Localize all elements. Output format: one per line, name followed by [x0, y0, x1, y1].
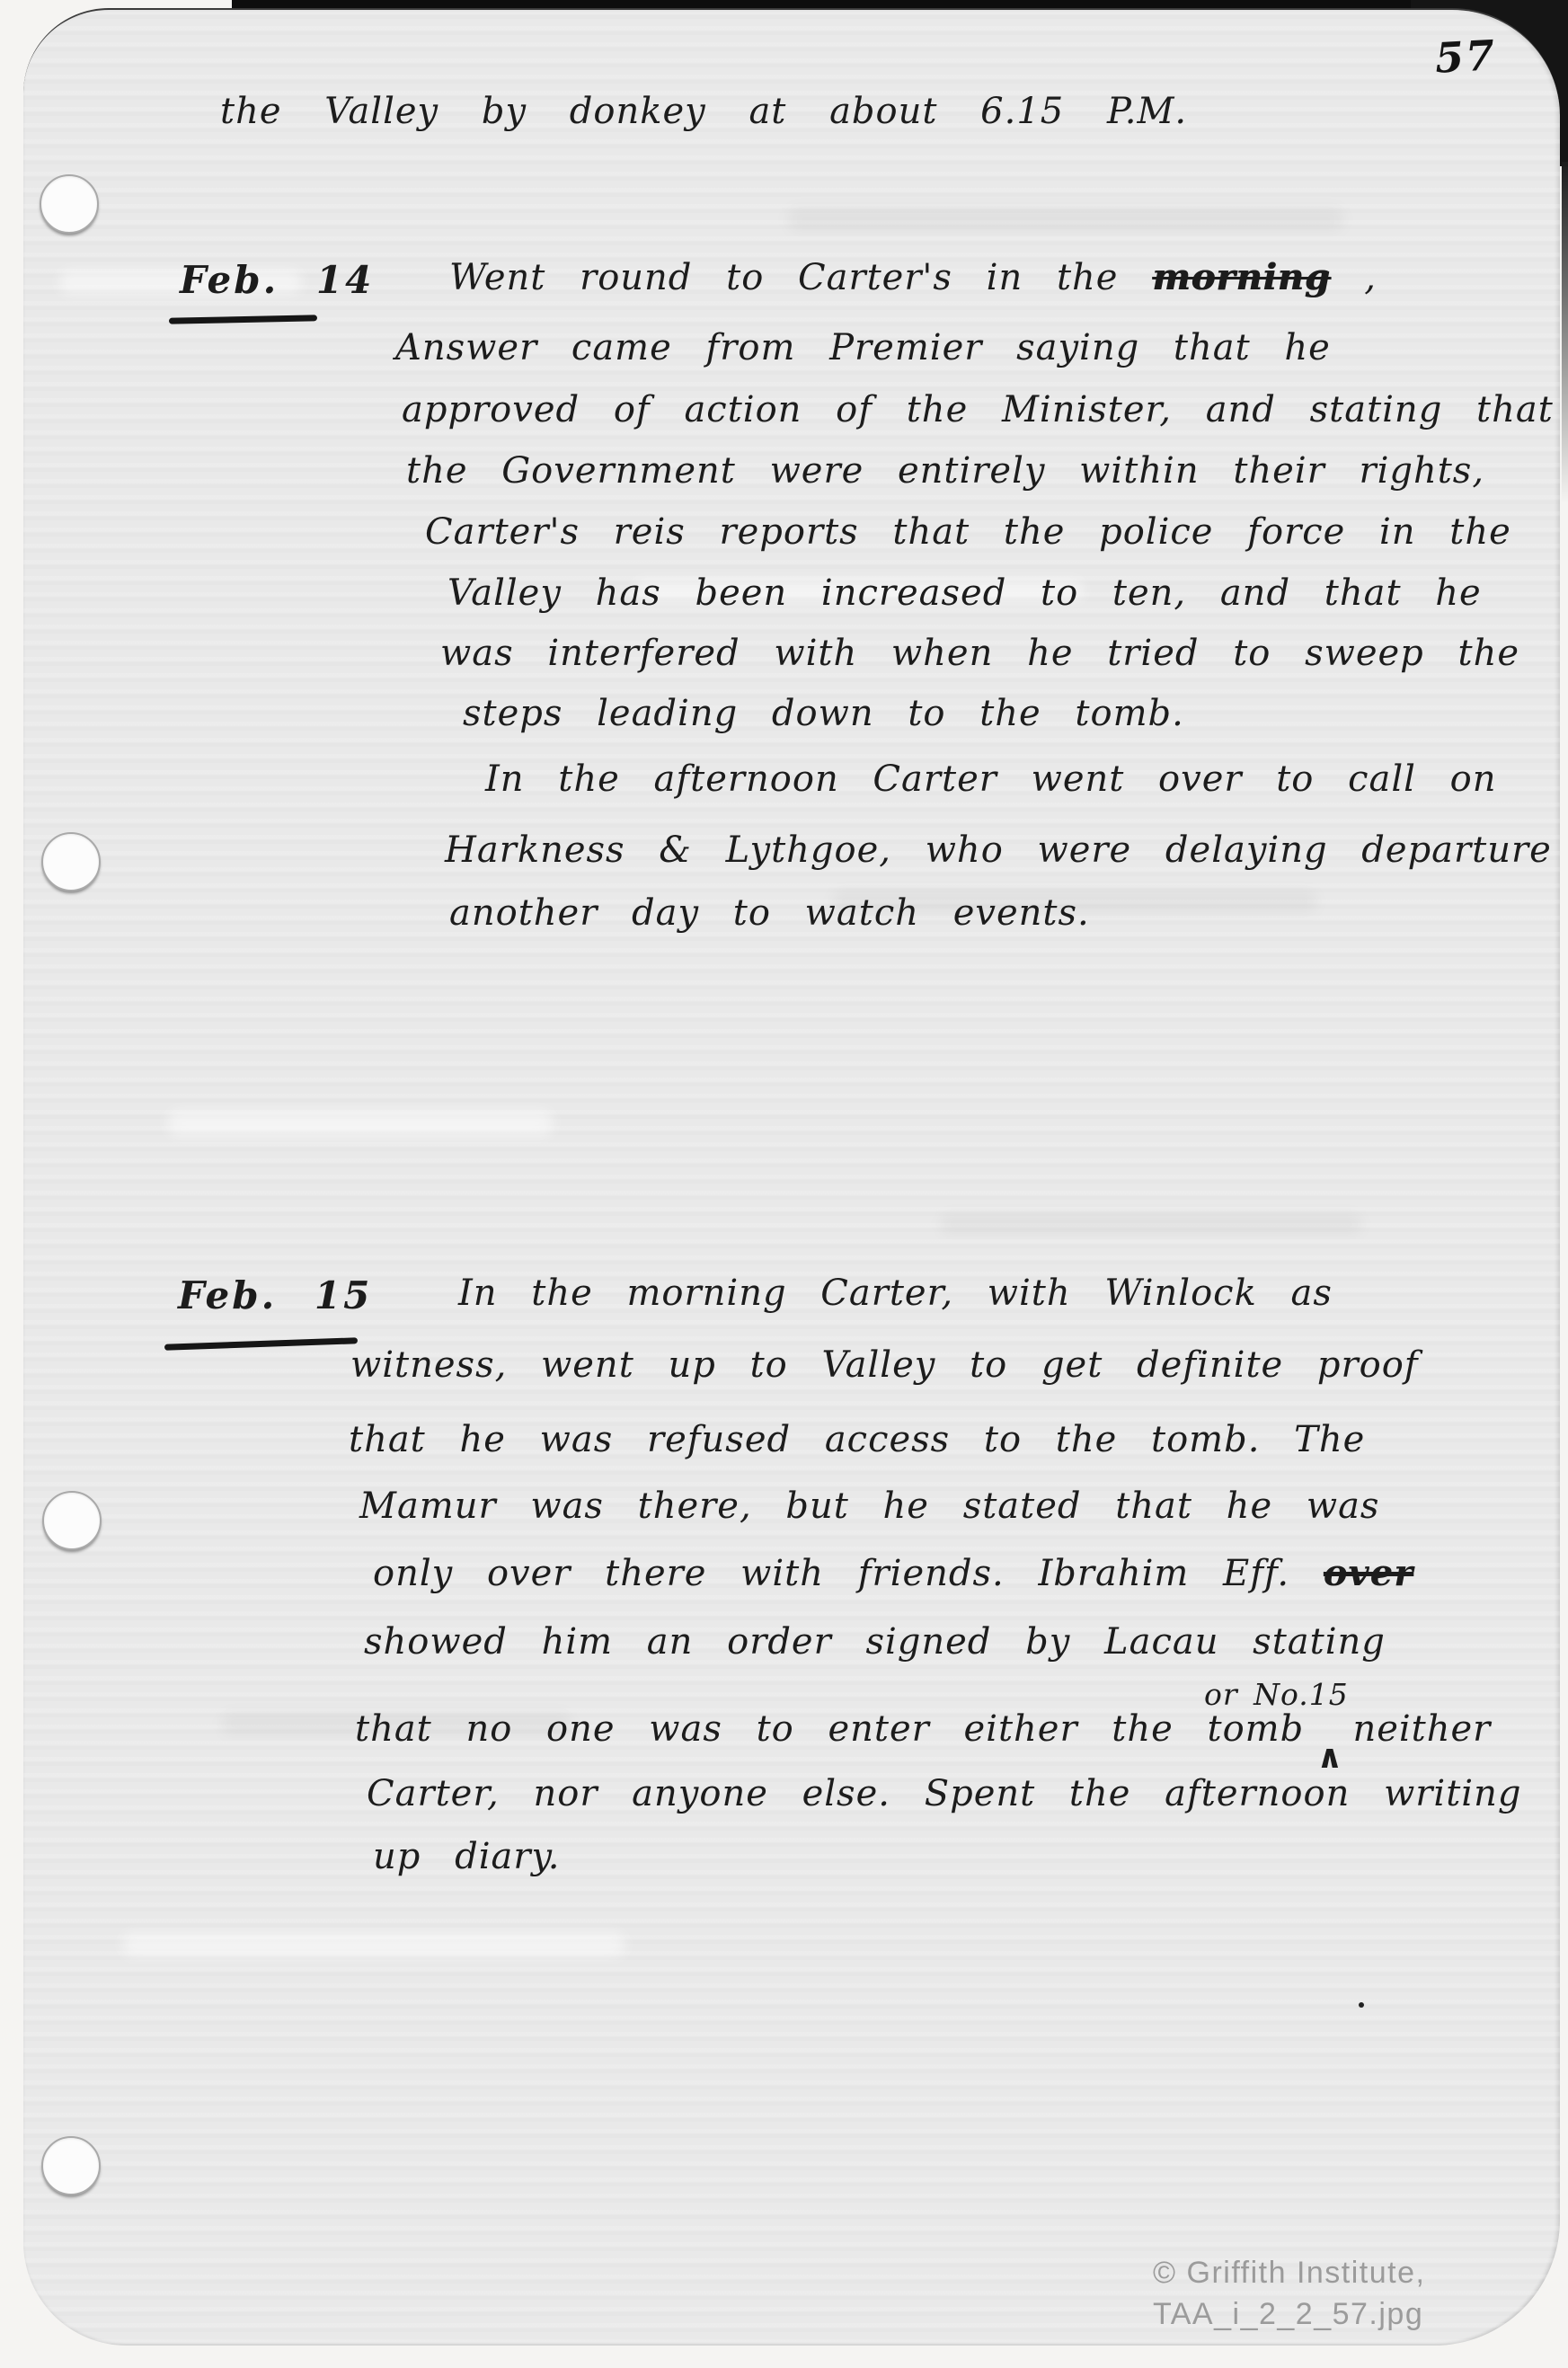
diary-line: witness, went up to Valley to get defini…: [350, 1344, 1419, 1387]
diary-line: Mamur was there, but he stated that he w…: [359, 1485, 1379, 1528]
page-number: 57: [1434, 31, 1498, 82]
scan-streak: [940, 1214, 1362, 1234]
line-text: that no one was to enter either the tomb: [355, 1708, 1304, 1750]
diary-line: showed him an order signed by Lacau stat…: [364, 1620, 1386, 1663]
line-text: neither: [1352, 1708, 1491, 1750]
header-continuation-line: the Valley by donkey at about 6.15 P.M.: [220, 90, 1187, 133]
punch-hole-1: [40, 174, 99, 234]
diary-line: that he was refused access to the tomb. …: [349, 1418, 1365, 1461]
scan-streak: [787, 208, 1344, 231]
entry-date: Feb. 15: [178, 1274, 372, 1317]
diary-line: only over there with friends. Ibrahim Ef…: [373, 1552, 1413, 1595]
diary-line: up diary.: [373, 1835, 560, 1878]
watermark-line-1: © Griffith Institute,: [1153, 2252, 1425, 2293]
ink-speck: [1359, 2002, 1364, 2008]
diary-line: another day to watch events.: [449, 891, 1090, 935]
watermark: © Griffith Institute, TAA_i_2_2_57.jpg: [1153, 2252, 1425, 2335]
diary-line: Harkness & Lythgoe, who were delaying de…: [445, 829, 1552, 872]
line-text: Went round to Carter's in the: [449, 257, 1152, 298]
watermark-line-2: TAA_i_2_2_57.jpg: [1153, 2293, 1425, 2335]
diary-line: In the morning Carter, with Winlock as: [458, 1272, 1333, 1315]
diary-line: was interfered with when he tried to swe…: [440, 632, 1519, 675]
diary-line: steps leading down to the tomb.: [463, 692, 1184, 735]
scan-streak: [167, 1111, 554, 1136]
punch-hole-4: [41, 2136, 101, 2195]
diary-line: Valley has been increased to ten, and th…: [447, 572, 1482, 615]
line-text: only over there with friends. Ibrahim Ef…: [373, 1553, 1324, 1594]
scanned-diary-page: 57 the Valley by donkey at about 6.15 P.…: [0, 0, 1568, 2368]
line-text: ,: [1331, 257, 1377, 298]
diary-line: Answer came from Premier saying that he: [395, 326, 1331, 369]
struck-word: over: [1324, 1552, 1413, 1594]
entry-date: Feb. 14: [180, 259, 374, 302]
punch-hole-3: [42, 1491, 102, 1550]
struck-word: morning: [1152, 256, 1330, 298]
diary-line: that no one was to enter either the tomb…: [355, 1707, 1491, 1752]
diary-line: In the afternoon Carter went over to cal…: [485, 758, 1497, 801]
diary-line: Carter's reis reports that the police fo…: [425, 510, 1511, 554]
scanner-backdrop-right-edge: [1562, 162, 1568, 503]
diary-line: Went round to Carter's in the morning ,: [449, 256, 1377, 299]
diary-line: the Government were entirely within thei…: [406, 449, 1484, 492]
diary-line: approved of action of the Minister, and …: [402, 388, 1554, 431]
diary-line: Carter, nor anyone else. Spent the after…: [367, 1772, 1521, 1815]
punch-hole-2: [41, 832, 101, 891]
scan-streak: [122, 1933, 625, 1956]
